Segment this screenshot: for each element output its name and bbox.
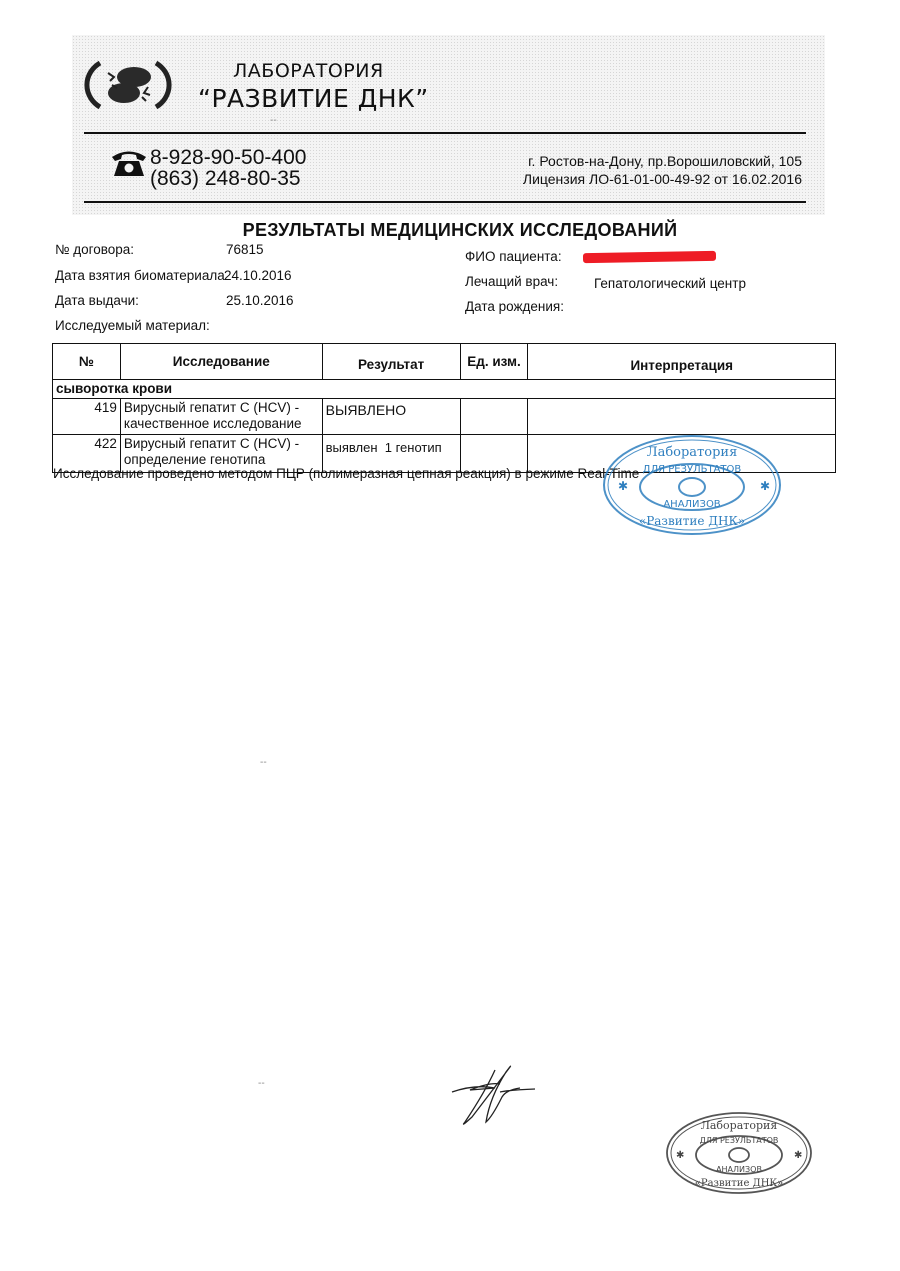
contract-value: 76815	[226, 242, 264, 257]
issue-date-value: 25.10.2016	[226, 293, 294, 308]
svg-text:✱: ✱	[618, 479, 628, 493]
phone-number-landline: (863) 248-80-35	[150, 167, 301, 191]
table-header-row: № Исследование Результат Ед. изм. Интерп…	[53, 344, 836, 380]
lab-address: г. Ростов-на-Дону, пр.Ворошиловский, 105	[523, 152, 802, 170]
test-unit	[460, 399, 528, 435]
lab-address-block: г. Ростов-на-Дону, пр.Ворошиловский, 105…	[523, 152, 802, 188]
sample-date-value: 24.10.2016	[224, 268, 292, 283]
contract-label: № договора:	[55, 242, 134, 257]
stamp-bottom-text: «Развитие ДНК»	[695, 1178, 784, 1189]
scan-mark: --	[270, 115, 277, 126]
issue-date-label: Дата выдачи:	[55, 293, 139, 308]
stamp-lower-text: АНАЛИЗОВ	[663, 499, 720, 510]
scan-mark: --	[260, 757, 267, 768]
table-row: 419 Вирусный гепатит С (HCV) - качествен…	[53, 399, 836, 435]
dna-logo-icon	[78, 55, 178, 115]
lab-stamp-blue-icon: Лаборатория ДЛЯ РЕЗУЛЬТАТОВ АНАЛИЗОВ «Ра…	[600, 432, 785, 538]
section-label: сыворотка крови	[53, 380, 836, 399]
svg-text:✱: ✱	[760, 479, 770, 493]
scan-mark: --	[258, 1078, 265, 1089]
stamp-top-text: Лаборатория	[701, 1119, 778, 1132]
col-header-number: №	[53, 344, 121, 380]
svg-text:✱: ✱	[676, 1150, 684, 1161]
doctor-label: Лечащий врач:	[465, 274, 558, 289]
col-header-test: Исследование	[120, 344, 322, 380]
section-row: сыворотка крови	[53, 380, 836, 399]
header-divider-top	[84, 132, 806, 134]
lab-name-line1: ЛАБОРАТОРИЯ	[233, 60, 384, 82]
stamp-middle-text: ДЛЯ РЕЗУЛЬТАТОВ	[700, 1136, 779, 1145]
method-note: Исследование проведено методом ПЦР (поли…	[53, 466, 639, 481]
telephone-icon	[110, 148, 148, 178]
patient-name-redaction	[583, 251, 716, 263]
test-name-line1: Вирусный гепатит С (HCV) -	[124, 436, 319, 452]
doctor-value: Гепатологический центр	[594, 276, 746, 291]
svg-text:✱: ✱	[794, 1150, 802, 1161]
document-title: РЕЗУЛЬТАТЫ МЕДИЦИНСКИХ ИССЛЕДОВАНИЙ	[0, 220, 900, 241]
col-header-interpretation: Интерпретация	[528, 344, 836, 380]
lab-license: Лицензия ЛО-61-01-00-49-92 от 16.02.2016	[523, 170, 802, 188]
test-result: ВЫЯВЛЕНО	[322, 399, 460, 435]
test-number: 419	[53, 399, 121, 435]
patient-name-label: ФИО пациента:	[465, 249, 562, 264]
stamp-bottom-text: «Развитие ДНК»	[639, 514, 745, 528]
material-label: Исследуемый материал:	[55, 318, 210, 333]
col-header-result: Результат	[322, 344, 460, 380]
stamp-lower-text: АНАЛИЗОВ	[716, 1165, 762, 1174]
stamp-middle-text: ДЛЯ РЕЗУЛЬТАТОВ	[643, 464, 742, 475]
sample-date-label: Дата взятия биоматериала	[55, 268, 225, 283]
birth-date-label: Дата рождения:	[465, 299, 564, 314]
signature-icon	[450, 1062, 560, 1132]
test-interpretation	[528, 399, 836, 435]
lab-stamp-gray-icon: Лаборатория ДЛЯ РЕЗУЛЬТАТОВ АНАЛИЗОВ «Ра…	[664, 1110, 814, 1196]
test-name-line2: качественное исследование	[124, 416, 319, 432]
col-header-unit: Ед. изм.	[460, 344, 528, 380]
stamp-top-text: Лаборатория	[647, 445, 738, 460]
lab-name-line2: “РАЗВИТИЕ ДНК”	[198, 84, 429, 113]
test-name: Вирусный гепатит С (HCV) - качественное …	[120, 399, 322, 435]
header-divider-bottom	[84, 201, 806, 203]
test-name-line1: Вирусный гепатит С (HCV) -	[124, 400, 319, 416]
